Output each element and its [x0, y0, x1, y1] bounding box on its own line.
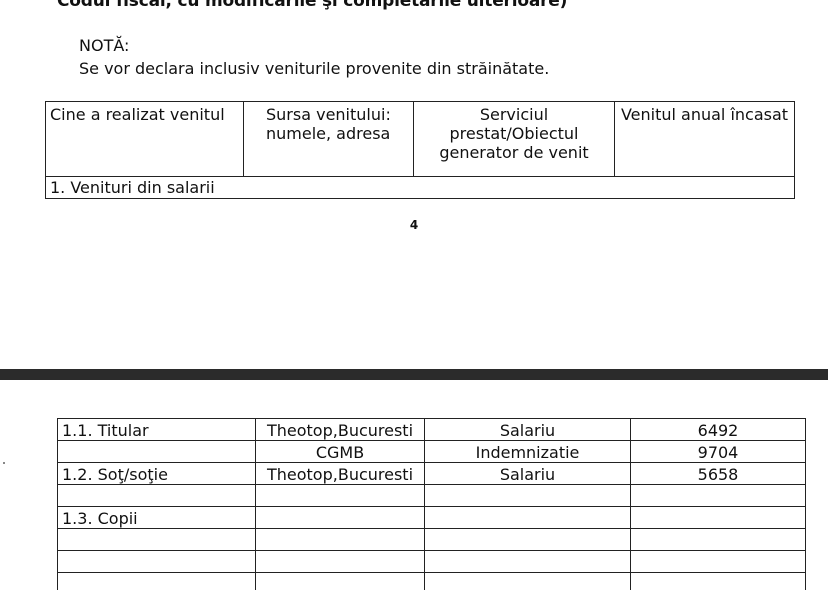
table-header-row: Cine a realizat venitul Sursa venitului:… — [46, 102, 795, 177]
cell-source — [256, 529, 425, 551]
header-who: Cine a realizat venitul — [46, 102, 244, 177]
cell-income — [631, 551, 806, 573]
cell-service: Salariu — [425, 419, 631, 441]
cell-service — [425, 573, 631, 590]
cell-income — [631, 485, 806, 507]
cell-income — [631, 507, 806, 529]
table-row: CGMBIndemnizatie9704 — [58, 441, 806, 463]
cell-source — [256, 573, 425, 590]
cell-service: Indemnizatie — [425, 441, 631, 463]
cell-source — [256, 551, 425, 573]
table-row: 1.3. Copii — [58, 507, 806, 529]
table-row — [58, 529, 806, 551]
income-table-body: 1.1. TitularTheotop,BucurestiSalariu6492… — [57, 418, 806, 590]
section-salaries: 1. Venituri din salarii — [46, 177, 795, 199]
cell-income: 9704 — [631, 441, 806, 463]
table-row: 1.2. Soţ/soţieTheotop,BucurestiSalariu56… — [58, 463, 806, 485]
cell-source: Theotop,Bucuresti — [256, 419, 425, 441]
cell-who — [58, 573, 256, 590]
cell-income: 6492 — [631, 419, 806, 441]
cell-service — [425, 507, 631, 529]
scan-speck — [3, 462, 5, 464]
cell-who — [58, 551, 256, 573]
cell-who — [58, 441, 256, 463]
cell-source — [256, 485, 425, 507]
cell-income: 5658 — [631, 463, 806, 485]
header-service: Serviciul prestat/Obiectul generator de … — [414, 102, 615, 177]
cell-who — [58, 529, 256, 551]
cell-source: CGMB — [256, 441, 425, 463]
cell-income — [631, 573, 806, 590]
income-table-header: Cine a realizat venitul Sursa venitului:… — [45, 101, 795, 199]
cell-who: 1.1. Titular — [58, 419, 256, 441]
table-row — [58, 485, 806, 507]
cell-who: 1.3. Copii — [58, 507, 256, 529]
cell-service — [425, 529, 631, 551]
cell-source — [256, 507, 425, 529]
cell-source: Theotop,Bucuresti — [256, 463, 425, 485]
header-income: Venitul anual încasat — [615, 102, 795, 177]
cell-who — [58, 485, 256, 507]
note-label: NOTĂ: — [79, 36, 129, 55]
page-number: 4 — [0, 218, 828, 232]
cell-service — [425, 551, 631, 573]
table-row — [58, 573, 806, 590]
section-heading-cut: Codul fiscal, cu modificările şi complet… — [57, 0, 567, 11]
table-section-row: 1. Venituri din salarii — [46, 177, 795, 199]
cell-income — [631, 529, 806, 551]
note-text: Se vor declara inclusiv veniturile prove… — [79, 59, 549, 78]
header-source: Sursa venitului: numele, adresa — [244, 102, 414, 177]
page-separator — [0, 369, 828, 380]
document-page-4: Codul fiscal, cu modificările şi complet… — [0, 0, 828, 369]
cell-service: Salariu — [425, 463, 631, 485]
table-row: 1.1. TitularTheotop,BucurestiSalariu6492 — [58, 419, 806, 441]
table-row — [58, 551, 806, 573]
cell-service — [425, 485, 631, 507]
cell-who: 1.2. Soţ/soţie — [58, 463, 256, 485]
